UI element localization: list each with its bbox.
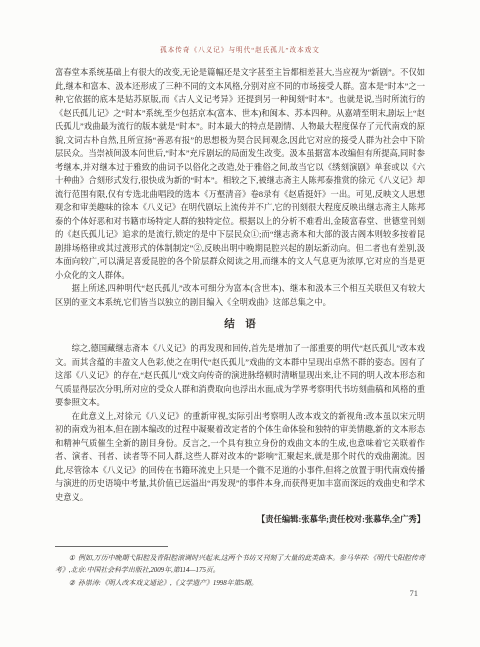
section-heading-conclusion: 结 语 <box>55 316 425 331</box>
page-number: 71 <box>410 588 419 598</box>
footnote-text: 例如,万历中晚期弋阳腔及青阳腔滚调时兴起来,这两个书坊又刊刻了大量的此类曲本。参… <box>55 555 425 574</box>
page: 孤本传奇《八义记》与明代“赵氏孤儿”改本戏文 富春堂本系统基础上有很大的改变,无… <box>0 0 480 647</box>
footnote-marker: ① <box>69 555 75 562</box>
article-body: 富春堂本系统基础上有很大的改变,无论是篇幅还是文字甚至主旨都相差甚大,当应视为“… <box>55 66 425 525</box>
body-paragraph: 综之,德国藏继志斋本《八义记》的再发现和回传,首先是增加了一部重要的明代“赵氏孤… <box>55 342 425 410</box>
footnote: ①例如,万历中晚期弋阳腔及青阳腔滚调时兴起来,这两个书坊又刊刻了大量的此类曲本。… <box>55 553 425 578</box>
running-header: 孤本传奇《八义记》与明代“赵氏孤儿”改本戏文 <box>0 44 480 54</box>
footnote-divider <box>55 546 168 547</box>
footnotes-block: ①例如,万历中晚期弋阳腔及青阳腔滚调时兴起来,这两个书坊又刊刻了大量的此类曲本。… <box>55 546 425 590</box>
body-paragraph: 据上所述,四种明代“赵氏孤儿”改本可细分为富本(含世本)、继本和汲本三个相互关联… <box>55 282 425 309</box>
body-paragraph: 富春堂本系统基础上有很大的改变,无论是篇幅还是文字甚至主旨都相差甚大,当应视为“… <box>55 66 425 282</box>
body-paragraph: 在此意义上,对徐元《八义记》的重新审视,实际引出考察明人改本戏文的新视角:改本虽… <box>55 410 425 505</box>
footnote-marker: ② <box>69 580 75 587</box>
editor-credit: 【责任编辑:张慕华;责任校对:张慕华,全广秀】 <box>55 513 425 525</box>
footnote-text: 孙崇涛:《明人改本戏文通论》,《文学遗产》1998年第5期。 <box>78 580 258 587</box>
footnote: ②孙崇涛:《明人改本戏文通论》,《文学遗产》1998年第5期。 <box>55 578 425 590</box>
